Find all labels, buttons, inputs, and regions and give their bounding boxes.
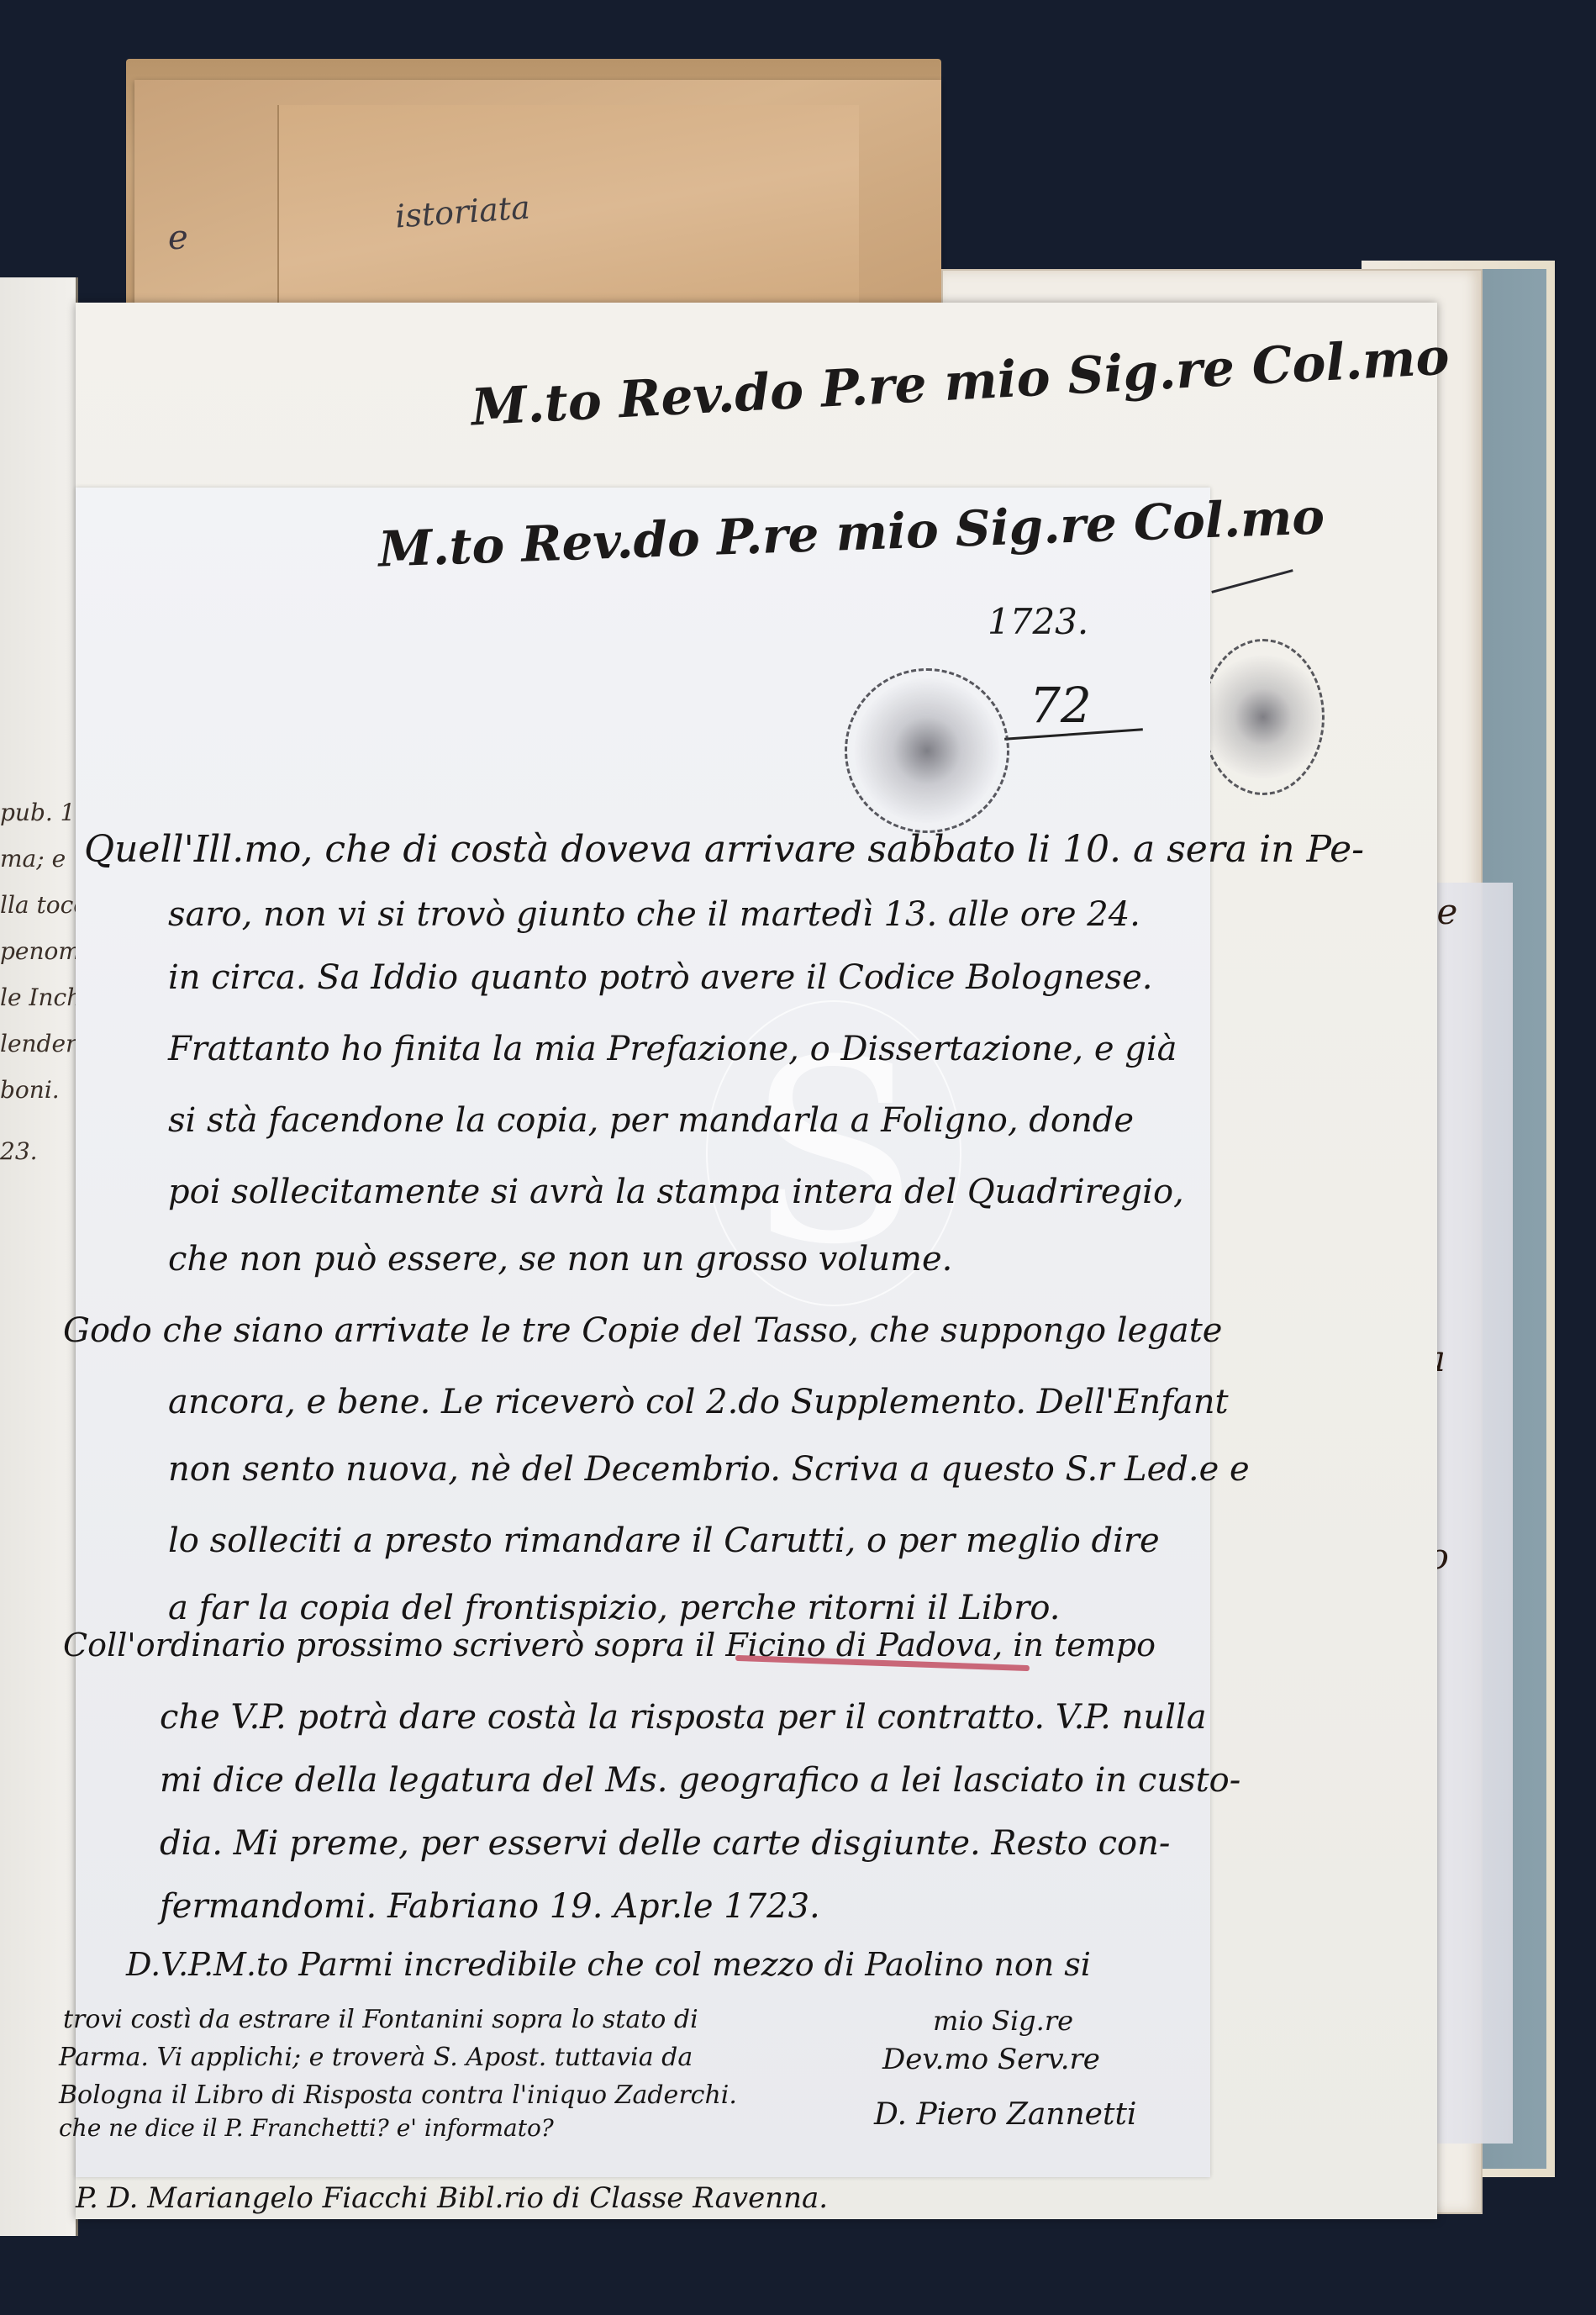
letter-line: fermandomi. Fabriano 19. Apr.le 1723. bbox=[160, 1887, 820, 1926]
letter-line: lo solleciti a presto rimandare il Carut… bbox=[168, 1521, 1160, 1560]
left-margin-line: lenderi bbox=[0, 1030, 76, 1057]
signature: D. Piero Zannetti bbox=[874, 2097, 1136, 2132]
year-annotation: 1723. bbox=[988, 601, 1088, 642]
letter-line: non sento nuova, nè del Decembrio. Scriv… bbox=[168, 1450, 1250, 1489]
letter-line: Godo che siano arrivate le tre Copie del… bbox=[63, 1311, 1222, 1350]
letter-line: Frattanto ho finita la mia Prefazione, o… bbox=[168, 1030, 1177, 1068]
letter-line: ancora, e bene. Le riceverò col 2.do Sup… bbox=[168, 1383, 1229, 1421]
closing-line-2: Dev.mo Serv.re bbox=[882, 2043, 1100, 2076]
envelope-flap bbox=[277, 105, 859, 324]
archive-stamp-back bbox=[1202, 639, 1325, 795]
letter-line: saro, non vi si trovò giunto che il mart… bbox=[168, 895, 1140, 934]
left-margin-line: boni. bbox=[0, 1076, 76, 1104]
left-margin-line: 23. bbox=[0, 1137, 76, 1165]
letter-line: mi dice della legatura del Ms. geografic… bbox=[160, 1761, 1240, 1800]
left-margin-line: pub. 15. bbox=[0, 799, 76, 826]
postscript-line: Parma. Vi applichi; e troverà S. Apost. … bbox=[59, 2043, 693, 2072]
letter-line: dia. Mi preme, per esservi delle carte d… bbox=[160, 1824, 1170, 1863]
left-margin-line: le Inchiesti bbox=[0, 983, 76, 1011]
archive-stamp bbox=[845, 668, 1009, 833]
left-margin-line: ma; e bbox=[0, 845, 76, 873]
letter-line: si stà facendone la copia, per mandarla … bbox=[168, 1101, 1134, 1140]
letter-line: che V.P. potrà dare costà la risposta pe… bbox=[160, 1698, 1207, 1737]
letter-line: Coll'ordinario prossimo scriverò sopra i… bbox=[63, 1627, 1156, 1664]
left-margin-line: penomi bbox=[0, 937, 76, 965]
left-page: pub. 15. ma; e lla tocca penomi le Inchi… bbox=[0, 277, 78, 2236]
letter-line: in circa. Sa Iddio quanto potrò avere il… bbox=[168, 958, 1152, 997]
postscript-line: Bologna il Libro di Risposta contra l'in… bbox=[59, 2080, 737, 2110]
letter-line: Quell'Ill.mo, che di costà doveva arriva… bbox=[84, 828, 1364, 871]
postscript-line: D.V.P.M.to Parmi incredibile che col mez… bbox=[126, 1946, 1091, 1983]
left-margin-line: lla tocca bbox=[0, 891, 76, 919]
address-line: P. D. Mariangelo Fiacchi Bibl.rio di Cla… bbox=[76, 2181, 828, 2215]
letter-line: a far la copia del frontispizio, perche … bbox=[168, 1589, 1060, 1627]
folio-number: 72 bbox=[1030, 677, 1092, 734]
letter-line: che non può essere, se non un grosso vol… bbox=[168, 1240, 952, 1279]
closing-line-1: mio Sig.re bbox=[933, 2005, 1073, 2037]
letter-line: poi sollecitamente si avrà la stampa int… bbox=[168, 1173, 1184, 1211]
envelope-side-note: e bbox=[168, 219, 188, 257]
postscript-line: che ne dice il P. Franchetti? e' informa… bbox=[59, 2114, 554, 2142]
postscript-line: trovi costì da estrare il Fontanini sopr… bbox=[63, 2005, 698, 2034]
